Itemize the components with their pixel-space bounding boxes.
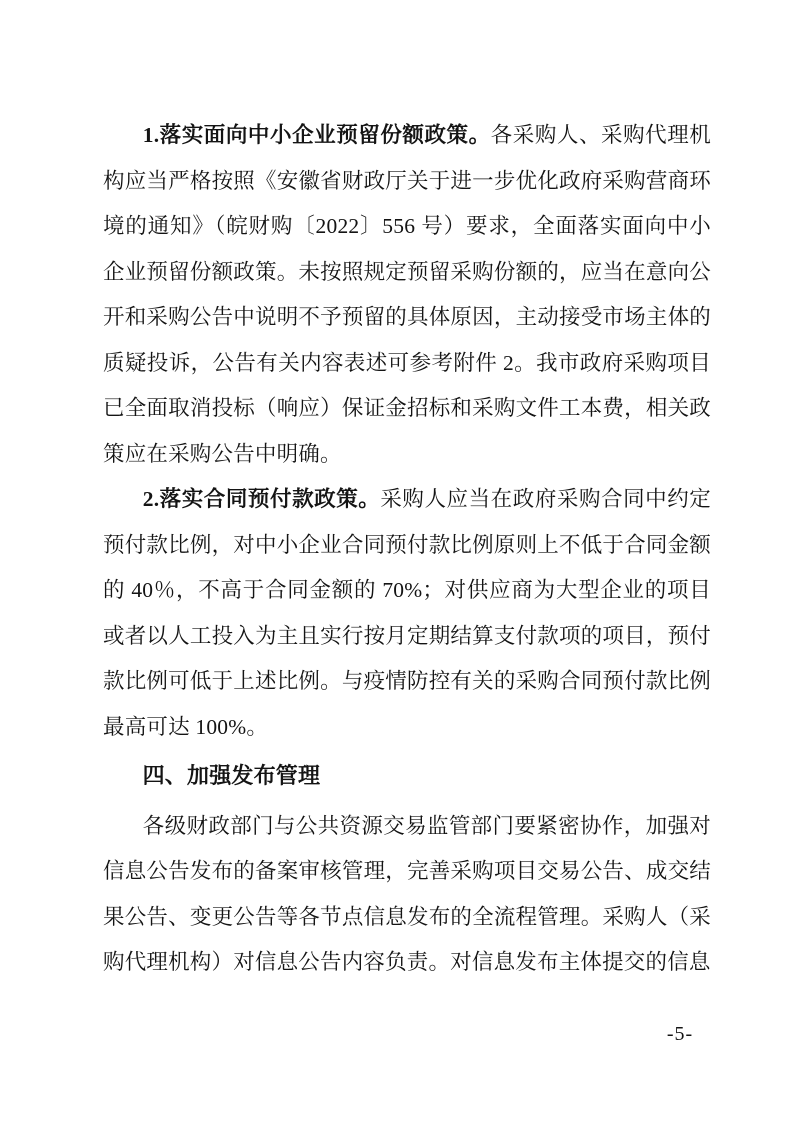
- paragraph-2-text: 采购人应当在政府采购合同中约定预付款比例，对中小企业合同预付款比例原则上不低于合…: [103, 487, 711, 739]
- paragraph-1: 1.落实面向中小企业预留份额政策。各采购人、采购代理机构应当严格按照《安徽省财政…: [103, 113, 711, 477]
- paragraph-2-bold-lead: 2.落实合同预付款政策。: [143, 487, 381, 511]
- page-number: -5-: [650, 1023, 710, 1046]
- paragraph-1-text: 各采购人、采购代理机构应当严格按照《安徽省财政厅关于进一步优化政府采购营商环境的…: [103, 123, 711, 466]
- section-heading: 四、加强发布管理: [103, 753, 711, 799]
- paragraph-2: 2.落实合同预付款政策。采购人应当在政府采购合同中约定预付款比例，对中小企业合同…: [103, 477, 711, 750]
- document-body: 1.落实面向中小企业预留份额政策。各采购人、采购代理机构应当严格按照《安徽省财政…: [103, 113, 711, 986]
- document-page: 1.落实面向中小企业预留份额政策。各采购人、采购代理机构应当严格按照《安徽省财政…: [0, 0, 794, 1123]
- paragraph-1-bold-lead: 1.落实面向中小企业预留份额政策。: [143, 123, 491, 147]
- paragraph-3: 各级财政部门与公共资源交易监管部门要紧密协作，加强对信息公告发布的备案审核管理，…: [103, 804, 711, 986]
